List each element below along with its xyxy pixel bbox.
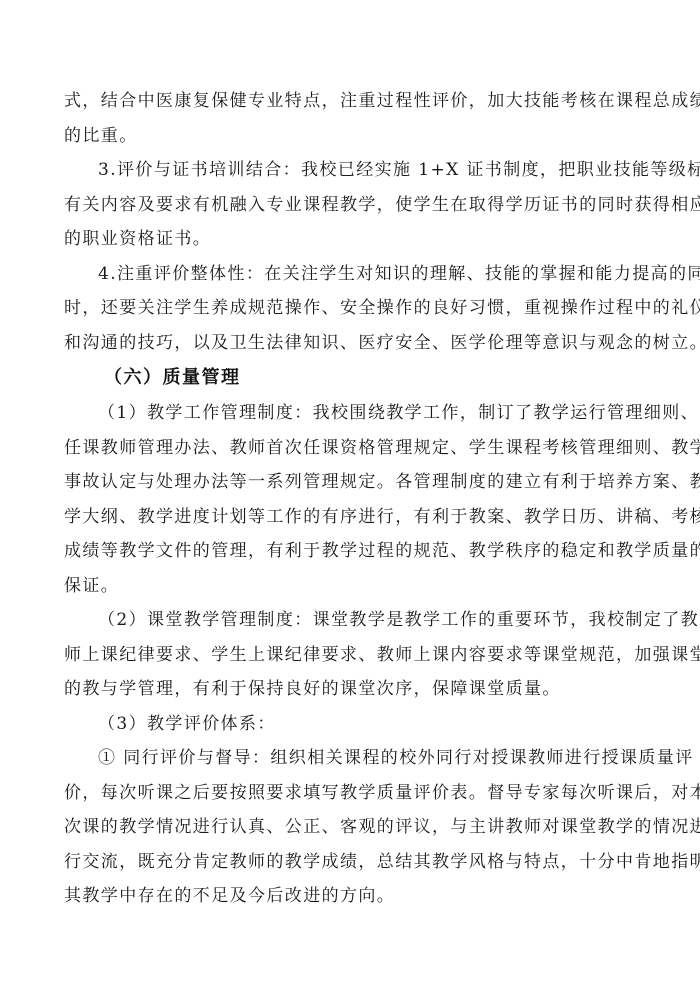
paragraph-classroom-management: （2）课堂教学管理制度：课堂教学是教学工作的重要环节，我校制定了教 师上课纪律要… (64, 603, 638, 707)
text-line: 3.评价与证书培训结合：我校已经实施 1+X 证书制度，把职业技能等级标准 (64, 153, 638, 188)
text-line: 式，结合中医康复保健专业特点，注重过程性评价，加大技能考核在课程总成绩 (64, 84, 638, 119)
text-line: 保证。 (64, 569, 638, 604)
paragraph-continuation: 式，结合中医康复保健专业特点，注重过程性评价，加大技能考核在课程总成绩 的比重。 (64, 84, 638, 153)
text-line: 事故认定与处理办法等一系列管理规定。各管理制度的建立有利于培养方案、教 (64, 465, 638, 500)
text-line: 的教与学管理，有利于保持良好的课堂次序，保障课堂质量。 (64, 672, 638, 707)
text-line: 行交流，既充分肯定教师的教学成绩，总结其教学风格与特点，十分中肯地指明 (64, 845, 638, 880)
text-line: 任课教师管理办法、教师首次任课资格管理规定、学生课程考核管理细则、教学 (64, 431, 638, 466)
text-line: 4.注重评价整体性：在关注学生对知识的理解、技能的掌握和能力提高的同 (64, 257, 638, 292)
paragraph-peer-review: ① 同行评价与督导：组织相关课程的校外同行对授课教师进行授课质量评 价，每次听课… (64, 741, 638, 914)
text-line: 的比重。 (64, 119, 638, 154)
text-line: ① 同行评价与督导：组织相关课程的校外同行对授课教师进行授课质量评 (64, 741, 638, 776)
section-heading: （六）质量管理 (64, 360, 638, 396)
text-line: 时，还要关注学生养成规范操作、安全操作的良好习惯，重视操作过程中的礼仪 (64, 291, 638, 326)
text-line: 成绩等教学文件的管理，有利于教学过程的规范、教学秩序的稳定和教学质量的 (64, 534, 638, 569)
text-line: 学大纲、教学进度计划等工作的有序进行，有利于教案、教学日历、讲稿、考核 (64, 500, 638, 535)
text-line: 师上课纪律要求、学生上课纪律要求、教师上课内容要求等课堂规范，加强课堂 (64, 638, 638, 673)
text-line: （2）课堂教学管理制度：课堂教学是教学工作的重要环节，我校制定了教 (64, 603, 638, 638)
paragraph-evaluation-system: （3）教学评价体系： (64, 707, 638, 742)
text-line: 价，每次听课之后要按照要求填写教学质量评价表。督导专家每次听课后，对本 (64, 776, 638, 811)
text-line: 其教学中存在的不足及今后改进的方向。 (64, 879, 638, 914)
text-line: （3）教学评价体系： (64, 707, 638, 742)
text-line: 有关内容及要求有机融入专业课程教学，使学生在取得学历证书的同时获得相应 (64, 188, 638, 223)
text-line: 和沟通的技巧，以及卫生法律知识、医疗安全、医学伦理等意识与观念的树立。 (64, 326, 638, 361)
text-line: 的职业资格证书。 (64, 222, 638, 257)
paragraph-item-3: 3.评价与证书培训结合：我校已经实施 1+X 证书制度，把职业技能等级标准 有关… (64, 153, 638, 257)
paragraph-item-4: 4.注重评价整体性：在关注学生对知识的理解、技能的掌握和能力提高的同 时，还要关… (64, 257, 638, 361)
text-line: 次课的教学情况进行认真、公正、客观的评议，与主讲教师对课堂教学的情况进 (64, 810, 638, 845)
paragraph-teaching-work-management: （1）教学工作管理制度：我校围绕教学工作，制订了教学运行管理细则、 任课教师管理… (64, 396, 638, 603)
text-line: （1）教学工作管理制度：我校围绕教学工作，制订了教学运行管理细则、 (64, 396, 638, 431)
document-page: 式，结合中医康复保健专业特点，注重过程性评价，加大技能考核在课程总成绩 的比重。… (64, 84, 638, 914)
